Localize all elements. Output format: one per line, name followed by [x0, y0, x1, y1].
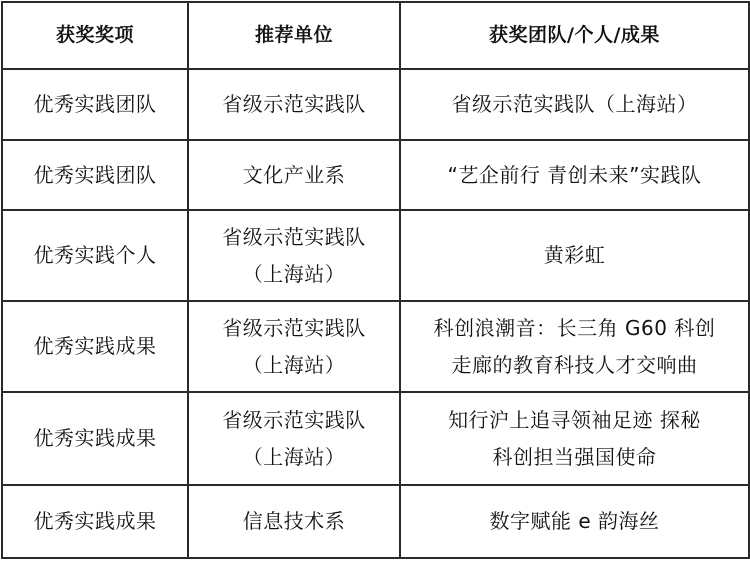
- cell-unit: 省级示范实践队 （上海站）: [188, 392, 400, 485]
- cell-award: 优秀实践团队: [2, 69, 188, 140]
- header-unit: 推荐单位: [188, 2, 400, 69]
- cell-unit: 省级示范实践队 （上海站）: [188, 301, 400, 392]
- table-row: 优秀实践成果 省级示范实践队 （上海站） 知行沪上追寻领袖足迹 探秘 科创担当强…: [2, 392, 749, 485]
- table-row: 优秀实践个人 省级示范实践队 （上海站） 黄彩虹: [2, 210, 749, 301]
- table-row: 优秀实践成果 省级示范实践队 （上海站） 科创浪潮音：长三角 G60 科创 走廊…: [2, 301, 749, 392]
- cell-winner-line: 数字赋能 e 韵海丝: [407, 503, 742, 540]
- cell-award: 优秀实践成果: [2, 301, 188, 392]
- cell-award: 优秀实践团队: [2, 140, 188, 210]
- header-winner: 获奖团队/个人/成果: [400, 2, 749, 69]
- cell-winner: 科创浪潮音：长三角 G60 科创 走廊的教育科技人才交响曲: [400, 301, 749, 392]
- cell-winner: 知行沪上追寻领袖足迹 探秘 科创担当强国使命: [400, 392, 749, 485]
- cell-winner: “艺企前行 青创未来”实践队: [400, 140, 749, 210]
- table-row: 优秀实践团队 省级示范实践队 省级示范实践队（上海站）: [2, 69, 749, 140]
- cell-unit-line: （上海站）: [195, 439, 393, 476]
- cell-winner-line: 走廊的教育科技人才交响曲: [407, 347, 742, 384]
- header-award: 获奖奖项: [2, 2, 188, 69]
- table-header-row: 获奖奖项 推荐单位 获奖团队/个人/成果: [2, 2, 749, 69]
- cell-award: 优秀实践成果: [2, 392, 188, 485]
- cell-award: 优秀实践成果: [2, 485, 188, 558]
- cell-unit: 省级示范实践队: [188, 69, 400, 140]
- cell-unit: 信息技术系: [188, 485, 400, 558]
- cell-unit-line: 省级示范实践队: [195, 402, 393, 439]
- cell-winner-line: 黄彩虹: [407, 237, 742, 274]
- cell-winner: 数字赋能 e 韵海丝: [400, 485, 749, 558]
- cell-unit-line: 省级示范实践队: [195, 219, 393, 256]
- table-row: 优秀实践成果 信息技术系 数字赋能 e 韵海丝: [2, 485, 749, 558]
- cell-winner: 省级示范实践队（上海站）: [400, 69, 749, 140]
- cell-unit-line: 省级示范实践队: [195, 310, 393, 347]
- cell-winner-line: 知行沪上追寻领袖足迹 探秘: [407, 402, 742, 439]
- cell-unit-line: （上海站）: [195, 256, 393, 293]
- cell-unit: 文化产业系: [188, 140, 400, 210]
- cell-unit-line: 文化产业系: [195, 157, 393, 194]
- cell-unit: 省级示范实践队 （上海站）: [188, 210, 400, 301]
- cell-unit-line: 信息技术系: [195, 503, 393, 540]
- cell-winner-line: 科创浪潮音：长三角 G60 科创: [407, 310, 742, 347]
- cell-award: 优秀实践个人: [2, 210, 188, 301]
- cell-unit-line: （上海站）: [195, 347, 393, 384]
- cell-winner: 黄彩虹: [400, 210, 749, 301]
- cell-winner-line: 省级示范实践队（上海站）: [407, 86, 742, 123]
- table-row: 优秀实践团队 文化产业系 “艺企前行 青创未来”实践队: [2, 140, 749, 210]
- award-table: 获奖奖项 推荐单位 获奖团队/个人/成果 优秀实践团队 省级示范实践队 省级示范…: [1, 1, 750, 559]
- cell-winner-line: 科创担当强国使命: [407, 439, 742, 476]
- cell-unit-line: 省级示范实践队: [195, 86, 393, 123]
- cell-winner-line: “艺企前行 青创未来”实践队: [407, 157, 742, 194]
